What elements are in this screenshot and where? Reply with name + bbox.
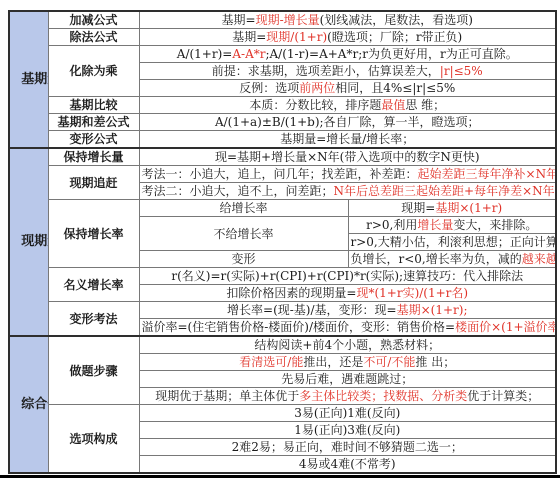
formula-cell: 溢价率=(住宅销售价格-楼面价)/楼面价，变形：销售价格=楼面价×(1+溢价率) <box>139 319 556 337</box>
note-cell: 现期优于基期；单主体优于多主体比较类；找数据、分析类优于计算类； <box>139 388 556 405</box>
table-row: 现期追赶 考法一：小追大，追上，问几年；找差距，补差距：起始差距三每年净补×N年 <box>9 166 556 183</box>
note-cell: 先易后难，遇难题跳过； <box>139 371 556 388</box>
formula-cell: r>0,大精小估，利滚利思想；正向计算具体 <box>348 234 556 251</box>
formula-cell: 反例：选项前两位相同，且4%≤|r|≤5% <box>139 80 556 97</box>
subgroup-label-rate-not-given: 不给增长率 <box>139 217 348 251</box>
section-title: 基期量 <box>21 69 36 91</box>
table-row: 现期量 保持增长量 现=基期+增长量×N年(带入选项中的数字N更快) <box>9 148 556 166</box>
formula-cell: r>0,利用增长量变大，来排除。 <box>348 217 556 234</box>
formula-cell: 前提：求基期，选项差距小，估算误差大，|r|≤5% <box>139 63 556 80</box>
table-row: 化除为乘 A/(1+r)=A-A*r;A/(1-r)=A+A*r;r为负更好用，… <box>9 46 556 63</box>
table-row: 综合分析题型 做题步骤 结构阅读+前4个小题，熟悉材料； <box>9 336 556 354</box>
group-label-keep-growth-rate: 保持增长率 <box>48 200 139 268</box>
table-row: 名义增长率 r(名义)=r(实际)+r(CPI)+r(CPI)*r(实际);速算… <box>9 268 556 285</box>
formula-cell: A/(1+a)±B/(1+b);各自厂除，算一半，瞪选项； <box>139 114 556 131</box>
group-label-divide-to-multiply: 化除为乘 <box>48 46 139 97</box>
formula-cell: 基期量=增长量/增长率； <box>139 131 556 149</box>
section-comprehensive-analysis-label: 综合分析题型 <box>9 336 48 473</box>
table-row: 选项构成 3易(正向)1难(反向) <box>9 405 556 422</box>
table-row: 保持增长率 给增长率 现期=基期×(1+r) <box>9 200 556 217</box>
page-bottom-rule <box>0 475 560 478</box>
group-label-variant-exam-style: 变形考法 <box>48 302 139 337</box>
section-title: 综合分析题型 <box>21 394 36 416</box>
formula-cell: A/(1+r)=A-A*r;A/(1-r)=A+A*r;r为负更好用，r为正可直… <box>139 46 556 63</box>
section-base-period-label: 基期量 <box>9 11 48 148</box>
formula-cell: 基期=现期/(1+r)(瞪选项；厂除；r带正负) <box>139 29 556 46</box>
formula-cell: 现=基期+增长量×N年(带入选项中的数字N更快) <box>139 148 556 166</box>
group-label-current-catchup: 现期追赶 <box>48 166 139 200</box>
formula-cell: 考法二：小追大，追不上，问差距；N年后总差距三起始差距+每年净差×N年 <box>139 183 556 200</box>
group-label-keep-growth-amount: 保持增长量 <box>48 148 139 166</box>
table-row: 基期比较 本质：分数比较，排序题最值思 维； <box>9 97 556 114</box>
table-row: 基期量 加减公式 基期=现期-增长量(划线减法，尾数法，看选项) <box>9 11 556 29</box>
group-label-base-sum-diff-formula: 基期和差公式 <box>48 114 139 131</box>
group-label-base-period-compare: 基期比较 <box>48 97 139 114</box>
formula-cell: 增长率=(现-基)/基，变形：现=基期×(1+r); <box>139 302 556 319</box>
formula-cell: 本质：分数比较，排序题最值思 维； <box>139 97 556 114</box>
note-cell: 3易(正向)1难(反向) <box>139 405 556 422</box>
group-label-nominal-growth-rate: 名义增长率 <box>48 268 139 302</box>
note-cell: 2难2易；易正向，难时间不够猜题二选一； <box>139 439 556 456</box>
note-cell: 看清选可/能推出，还是不可/不能推 出； <box>139 354 556 371</box>
table-row: 基期和差公式 A/(1+a)±B/(1+b);各自厂除，算一半，瞪选项； <box>9 114 556 131</box>
group-label-option-composition: 选项构成 <box>48 405 139 474</box>
section-title: 现期量 <box>21 231 36 253</box>
group-label-division-formula: 除法公式 <box>48 29 139 46</box>
formula-cell: 考法一：小追大，追上，问几年；找差距，补差距：起始差距三每年净补×N年 <box>139 166 556 183</box>
study-notes-table: 基期量 加减公式 基期=现期-增长量(划线减法，尾数法，看选项) 除法公式 基期… <box>8 10 557 474</box>
group-label-variant-formula: 变形公式 <box>48 131 139 149</box>
formula-cell: 基期=现期-增长量(划线减法，尾数法，看选项) <box>139 11 556 29</box>
group-label-solving-steps: 做题步骤 <box>48 336 139 405</box>
formula-cell: 现期=基期×(1+r) <box>348 200 556 217</box>
table-row: 变形考法 增长率=(现-基)/基，变形：现=基期×(1+r); <box>9 302 556 319</box>
formula-cell: 扣除价格因素的现期量=现*(1+r实)/(1+r名) <box>139 285 556 302</box>
formula-cell: 负增长，r<0,增长率为负，减的越来越少 <box>348 251 556 268</box>
note-cell: 4易或4难(不常考) <box>139 456 556 474</box>
table-row: 变形公式 基期量=增长量/增长率； <box>9 131 556 149</box>
group-label-add-subtract-formula: 加减公式 <box>48 11 139 29</box>
table-row: 除法公式 基期=现期/(1+r)(瞪选项；厂除；r带正负) <box>9 29 556 46</box>
subgroup-label-variant: 变形 <box>139 251 348 268</box>
section-current-period-label: 现期量 <box>9 148 48 336</box>
formula-cell: r(名义)=r(实际)+r(CPI)+r(CPI)*r(实际);速算技巧：代入排… <box>139 268 556 285</box>
note-cell: 1易(正向)3难(反向) <box>139 422 556 439</box>
subgroup-label-rate-given: 给增长率 <box>139 200 348 217</box>
note-cell: 结构阅读+前4个小题，熟悉材料； <box>139 336 556 354</box>
